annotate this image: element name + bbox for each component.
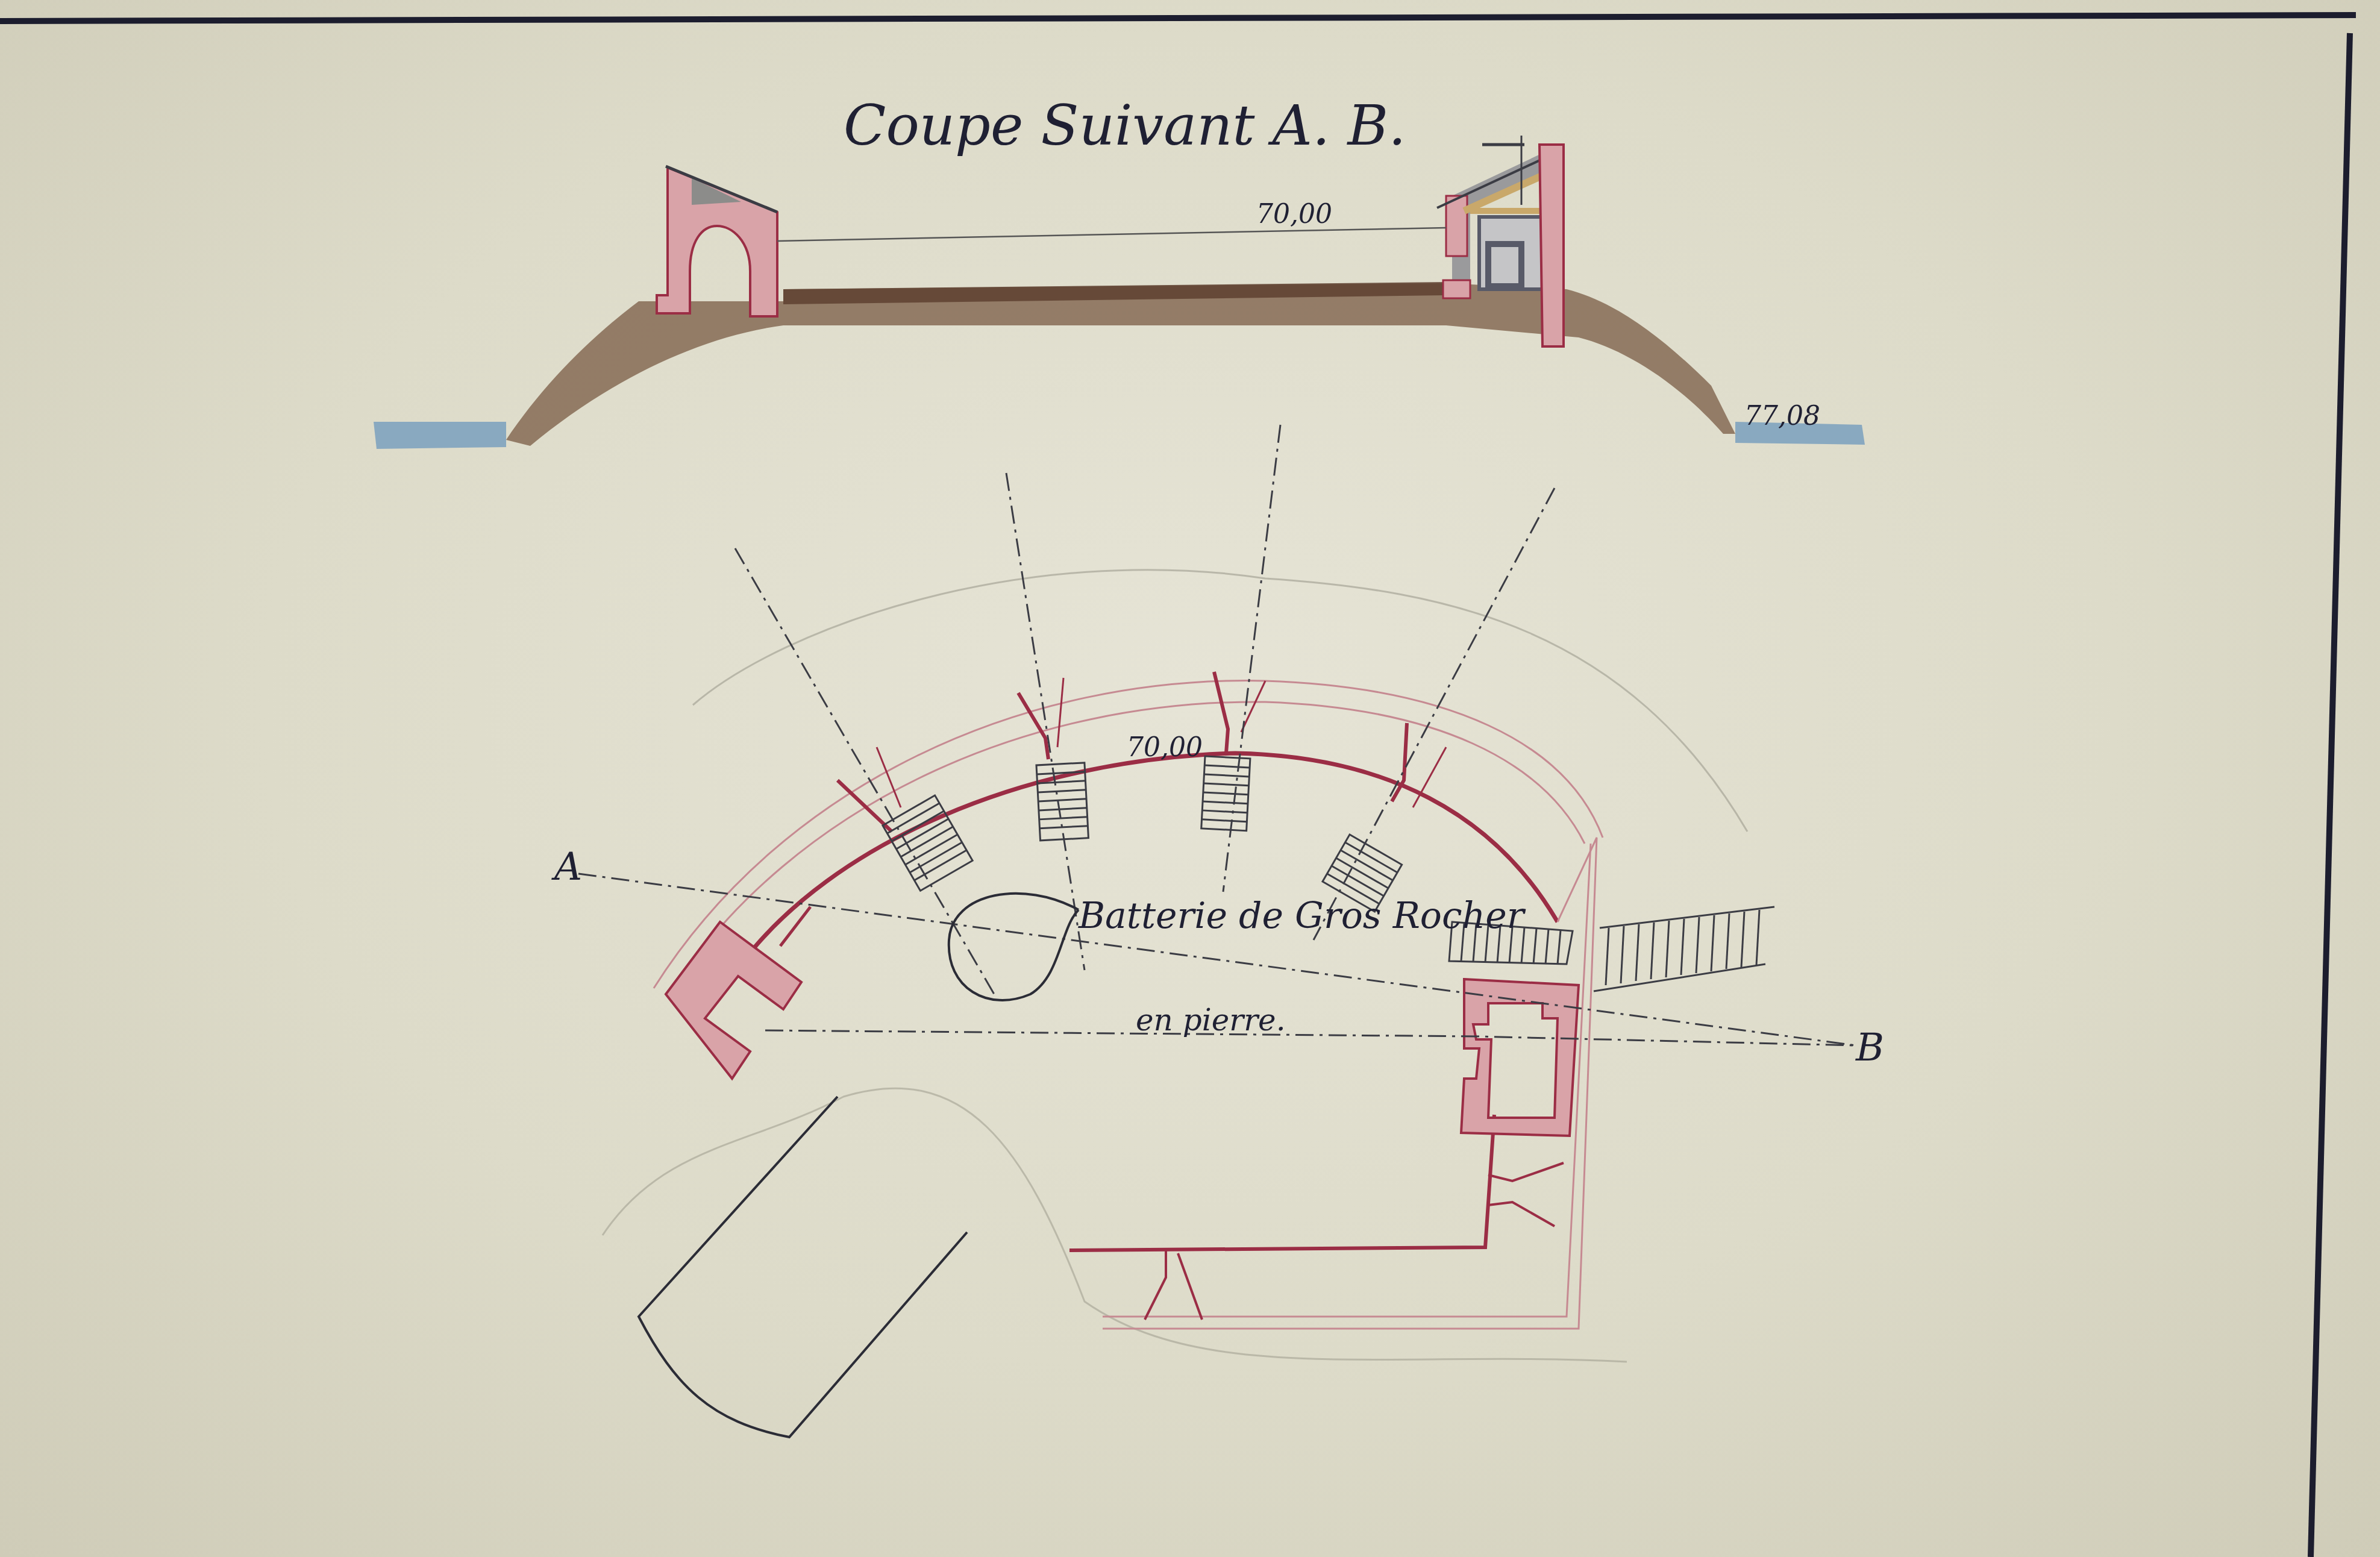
fortification-plan: 70,00 77,08 Coupe Suivant A. B. [0, 0, 2380, 1557]
plan-view: A B 70,00 Batterie de Gros Rocher en pie… [551, 425, 1884, 1437]
sheet-border [0, 15, 2356, 1557]
water-left [374, 422, 506, 449]
magazine-outline [949, 894, 1079, 1000]
left-casemate [657, 166, 777, 316]
arc-dimension-label: 70,00 [1127, 732, 1203, 763]
drawing-sheet: 70,00 77,08 Coupe Suivant A. B. [0, 0, 2380, 1557]
span-dimension-line [777, 228, 1446, 241]
section-marker-a: A [551, 845, 582, 889]
water-level-label: 77,08 [1744, 401, 1820, 431]
outwork-outline [639, 1097, 967, 1437]
right-guardhouse [1461, 979, 1579, 1136]
drawing-title: Coupe Suivant A. B. [844, 93, 1406, 158]
gun-platforms [883, 756, 1774, 991]
section-marker-b: B [1855, 1026, 1884, 1070]
battery-name-label: Batterie de Gros Rocher [1078, 895, 1526, 937]
span-dimension-label: 70,00 [1256, 199, 1332, 230]
section-view: 70,00 77,08 Coupe Suivant A. B. [374, 93, 1865, 449]
material-note-label: en pierre. [1136, 1003, 1286, 1038]
left-guardhouse [666, 907, 810, 1079]
